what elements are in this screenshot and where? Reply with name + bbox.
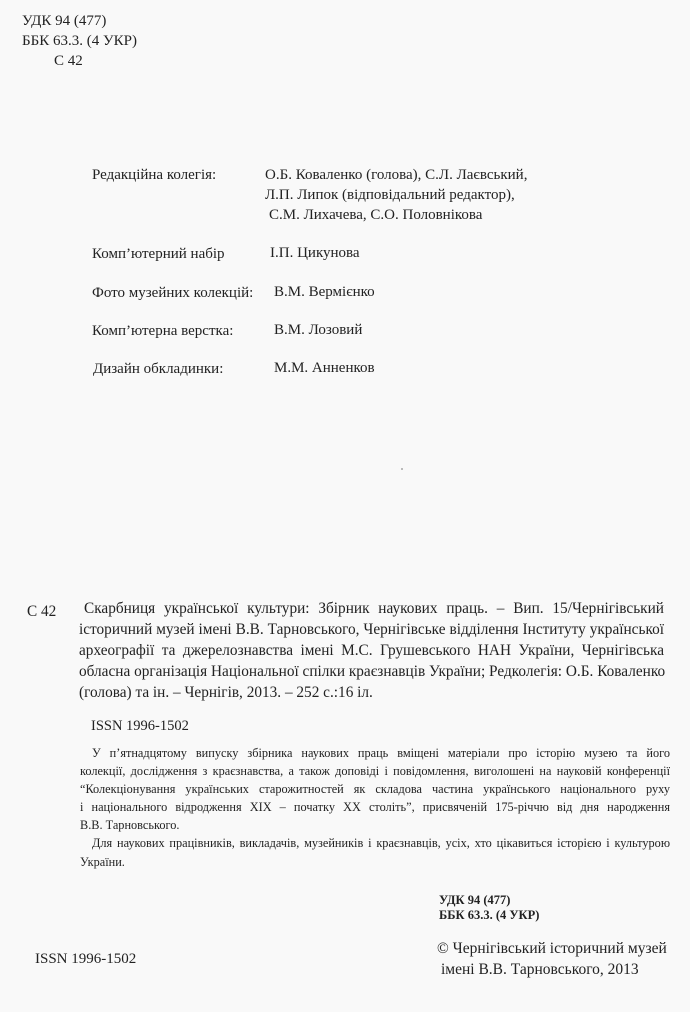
scan-speck (401, 468, 403, 470)
credit-value-editorial-board-line1: О.Б. Коваленко (голова), С.Л. Лаєвський, (265, 165, 527, 186)
credit-value-typesetting: І.П. Цикунова (270, 243, 360, 264)
biblio-mark: С 42 (27, 603, 56, 621)
credit-value-layout: В.М. Лозовий (274, 320, 362, 341)
biblio-line: історичний музей імені В.В. Тарновського… (79, 621, 664, 639)
biblio-line: обласна організація Національної спілки … (79, 663, 664, 681)
biblio-line: Скарбниця української культури: Збірник … (84, 600, 664, 618)
footer-bbk: ББК 63.3. (4 УКР) (439, 908, 539, 923)
abstract-line: Для наукових працівників, викладачів, му… (92, 836, 670, 851)
credit-label-photo: Фото музейних колекцій: (92, 283, 253, 304)
abstract-line: “Колекціонування українських старожитнос… (80, 782, 670, 797)
biblio-line: (голова) та ін. – Чернігів, 2013. – 252 … (79, 684, 664, 702)
credit-value-photo: В.М. Вермієнко (274, 282, 375, 303)
credit-value-editorial-board-line3: С.М. Лихачева, С.О. Половнікова (269, 205, 482, 226)
credit-label-layout: Комп’ютерна верстка: (92, 321, 233, 342)
credit-value-editorial-board-line2: Л.П. Липок (відповідальний редактор), (265, 185, 515, 206)
credit-value-cover-design: М.М. Анненков (274, 358, 375, 379)
copyright-line1: © Чернігівський історичний музей (437, 940, 667, 958)
footer-issn: ISSN 1996-1502 (35, 951, 136, 968)
issn-top: ISSN 1996-1502 (91, 718, 189, 735)
biblio-line: археографії та джерелознавства імені М.С… (79, 642, 664, 660)
abstract-line: В.В. Тарновського. (80, 818, 670, 833)
author-mark: С 42 (54, 51, 83, 72)
abstract-line: У п’ятнадцятому випуску збірника наукови… (92, 746, 670, 761)
credit-label-typesetting: Комп’ютерний набір (92, 244, 225, 265)
copyright-line2: імені В.В. Тарновського, 2013 (441, 961, 639, 979)
abstract-line: колекції, дослідження з краєзнавства, а … (80, 764, 670, 779)
bbk-code: ББК 63.3. (4 УКР) (22, 31, 137, 52)
credit-label-cover-design: Дизайн обкладинки: (93, 359, 223, 380)
abstract-line: і національного відродження XIX – початк… (80, 800, 670, 815)
abstract-line: України. (80, 855, 670, 870)
udk-code: УДК 94 (477) (22, 11, 106, 32)
credit-label-editorial-board: Редакційна колегія: (92, 165, 216, 186)
footer-udk: УДК 94 (477) (439, 893, 510, 908)
